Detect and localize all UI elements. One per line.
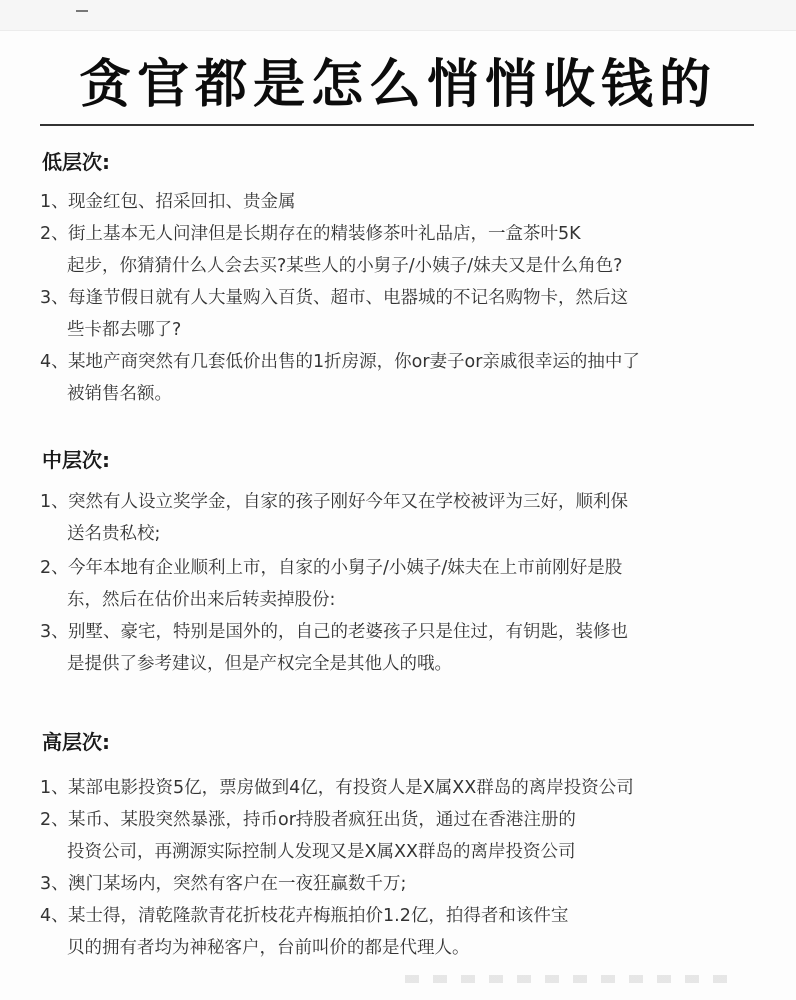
- list-item: 4、某地产商突然有几套低价出售的1折房源，你or妻子or亲戚很幸运的抽中了被销售…: [40, 346, 760, 410]
- top-strip: [0, 0, 796, 31]
- list-item: 1、突然有人设立奖学金，自家的孩子刚好今年又在学校被评为三好，顺利保送名贵私校;: [40, 486, 760, 550]
- list-item: 2、某币、某股突然暴涨，持币or持股者疯狂出货，通过在香港注册的投资公司，再溯源…: [40, 804, 760, 868]
- dash-mark: [76, 10, 88, 12]
- list-item: 3、澳门某场内，突然有客户在一夜狂赢数千万;: [40, 868, 760, 900]
- list-item: 1、某部电影投资5亿，票房做到4亿，有投资人是X属XX群岛的离岸投资公司: [40, 772, 760, 804]
- list-item: 2、今年本地有企业顺利上市，自家的小舅子/小姨子/妹夫在上市前刚好是股东，然后在…: [40, 552, 760, 616]
- title-divider: [40, 124, 754, 126]
- list-item: 3、每逢节假日就有人大量购入百货、超市、电器城的不记名购物卡，然后这些卡都去哪了…: [40, 282, 760, 346]
- list-item: 4、某士得，清乾隆款青花折枝花卉梅瓶拍价1.2亿，拍得者和该件宝贝的拥有者均为神…: [40, 900, 760, 964]
- list-item: 2、街上基本无人问津但是长期存在的精装修茶叶礼品店，一盒茶叶5K起步，你猜猜什么…: [40, 218, 760, 282]
- section-heading-low: 低层次:: [42, 146, 110, 175]
- list-item: 3、别墅、豪宅，特别是国外的，自己的老婆孩子只是住过，有钥匙，装修也是提供了参考…: [40, 616, 760, 680]
- section-heading-high: 高层次:: [42, 726, 110, 755]
- list-item: 1、现金红包、招采回扣、贵金属: [40, 186, 760, 218]
- faded-footer-text: [405, 975, 735, 983]
- section-heading-mid: 中层次:: [42, 444, 110, 473]
- page-title: 贪官都是怎么悄悄收钱的: [0, 42, 796, 117]
